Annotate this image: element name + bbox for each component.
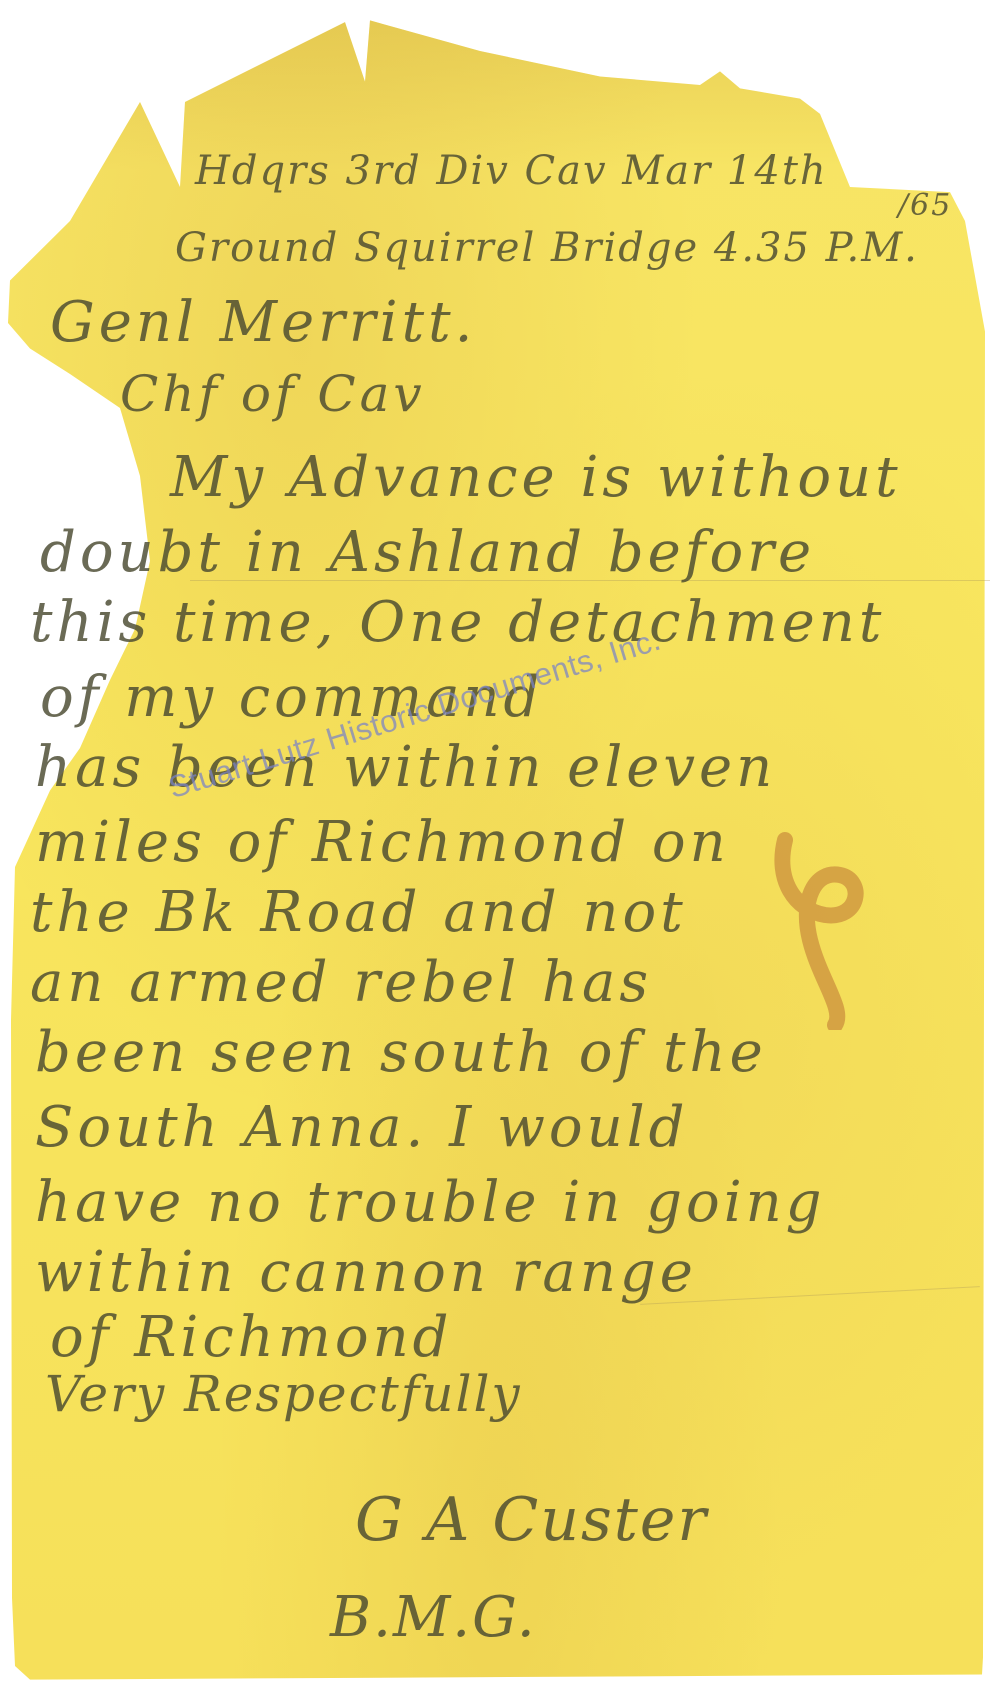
ink-stain-mark	[765, 820, 875, 1030]
body-line: South Anna. I would	[35, 1095, 688, 1160]
header-line-1: Hdqrs 3rd Div Cav Mar 14th	[195, 148, 828, 194]
body-line: doubt in Ashland before	[40, 520, 815, 585]
header-year: /65	[898, 188, 952, 223]
document-scan: Hdqrs 3rd Div Cav Mar 14th /65 Ground Sq…	[0, 0, 1000, 1700]
body-line: has been within eleven	[35, 735, 776, 800]
body-line: have no trouble in going	[35, 1170, 826, 1235]
signature-rank: B.M.G.	[330, 1585, 537, 1650]
signature: G A Custer	[355, 1485, 708, 1555]
salutation-recipient: Genl Merritt.	[50, 290, 476, 355]
body-line: been seen south of the	[35, 1020, 767, 1085]
body-line: miles of Richmond on	[35, 810, 730, 875]
body-line: an armed rebel has	[30, 950, 652, 1015]
salutation-title: Chf of Cav	[120, 365, 426, 423]
body-line: of Richmond	[50, 1305, 452, 1370]
header-line-2: Ground Squirrel Bridge 4.35 P.M.	[175, 225, 919, 271]
body-line: this time, One detachment	[30, 590, 885, 655]
body-line: the Bk Road and not	[30, 880, 687, 945]
closing: Very Respectfully	[45, 1365, 522, 1423]
body-line: within cannon range	[35, 1240, 697, 1305]
body-line: My Advance is without	[170, 445, 902, 510]
